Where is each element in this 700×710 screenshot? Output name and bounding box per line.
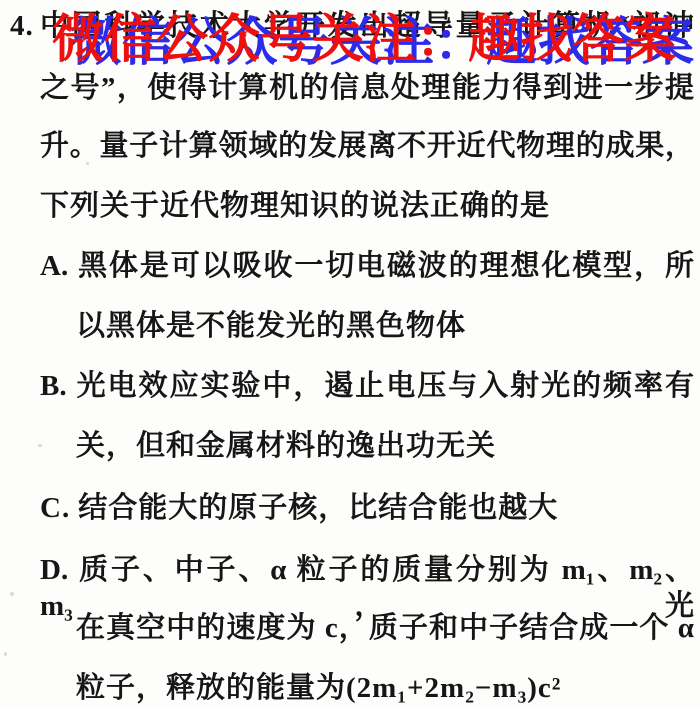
option-b-text: 光电效应实验中，遏止电压与入射光的频率有 [75,370,694,402]
scan-speck [10,592,14,596]
scan-speck [4,652,7,656]
option-d-line: D.质子、中子、α 粒子的质量分别为 m₁、m₂、m₃，光 [40,552,694,588]
option-c-line: C.结合能大的原子核，比结合能也越大 [40,490,694,526]
stem-line: 升。量子计算领域的发展离不开近代物理的成果， [40,128,694,164]
question-number: 4. [10,8,34,44]
option-d-line: 粒子，释放的能量为(2m₁+2m₂−m₃)c² [76,670,694,706]
stem-line: 之号”，使得计算机的信息处理能力得到进一步提 [40,70,694,106]
option-a-line: A.黑体是可以吸收一切电磁波的理想化模型，所 [40,248,694,284]
stem-line: 下列关于近代物理知识的说法正确的是 [40,188,694,224]
stem-line: 中国科学技术大学开发出超导量子计算机“祖冲 [40,8,694,44]
option-b-line: B.光电效应实验中，遏止电压与入射光的频率有 [40,368,694,404]
option-a-label: A. [40,250,68,282]
option-d-line: 在真空中的速度为 c，质子和中子结合成一个 α [76,610,694,646]
option-a-line: 以黑体是不能发光的黑色物体 [76,308,694,344]
option-c-label: C. [40,492,70,524]
option-d-label: D. [40,554,68,586]
scan-speck [38,444,42,447]
option-b-line: 关，但和金属材料的逸出功无关 [76,428,694,464]
exam-page: 4. 中国科学技术大学开发出超导量子计算机“祖冲 之号”，使得计算机的信息处理能… [0,0,700,710]
option-b-label: B. [40,370,67,402]
option-a-text: 黑体是可以吸收一切电磁波的理想化模型，所 [76,250,694,282]
option-c-text: 结合能大的原子核，比结合能也越大 [78,492,558,524]
